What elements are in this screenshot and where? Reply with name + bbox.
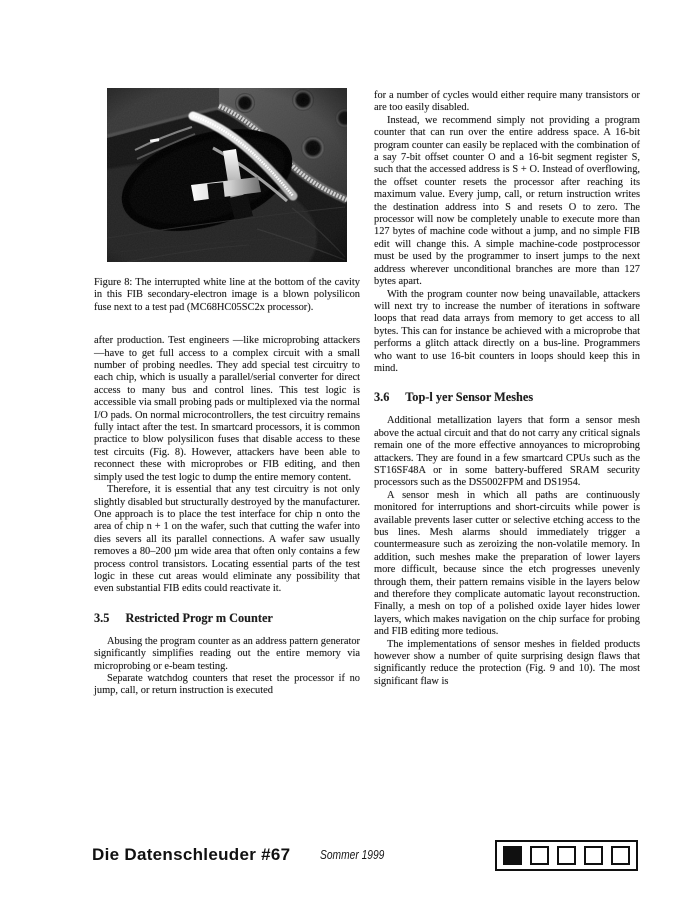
paragraph: A sensor mesh in which all paths are con…: [374, 490, 640, 639]
issue-date: Sommer 1999: [320, 848, 384, 862]
section-number: 3.6: [374, 390, 389, 404]
paragraph: With the program counter now being unava…: [374, 289, 640, 376]
scanned-paper-page: Figure 8: The interrupted white line at …: [0, 0, 700, 906]
journal-title: Die Datenschleuder #67: [92, 845, 290, 865]
page-indicator-box: [611, 846, 630, 865]
paragraph: Therefore, it is essential that any test…: [94, 484, 360, 596]
page-indicator-box: [584, 846, 603, 865]
left-column: Figure 8: The interrupted white line at …: [94, 88, 360, 698]
paragraph: Instead, we recommend simply not providi…: [374, 115, 640, 289]
section-title: Top-l yer Sensor Meshes: [405, 390, 533, 404]
two-column-body: Figure 8: The interrupted white line at …: [94, 88, 640, 698]
paragraph: The implementations of sensor meshes in …: [374, 639, 640, 689]
figure-8: [107, 88, 347, 262]
paragraph: Separate watchdog counters that reset th…: [94, 673, 360, 698]
page-indicator-box: [530, 846, 549, 865]
page-indicator: [495, 840, 638, 871]
figure-caption: Figure 8: The interrupted white line at …: [94, 277, 360, 314]
section-title: Restricted Progr m Counter: [125, 611, 272, 625]
paragraph: for a number of cycles would either requ…: [374, 90, 640, 115]
page-indicator-box: [557, 846, 576, 865]
paragraph: after production. Test engineers —like m…: [94, 335, 360, 484]
section-number: 3.5: [94, 611, 109, 625]
sem-micrograph-image: [107, 88, 347, 262]
section-heading-3-6: 3.6 Top-l yer Sensor Meshes: [374, 390, 640, 404]
page-indicator-box: [503, 846, 522, 865]
section-heading-3-5: 3.5 Restricted Progr m Counter: [94, 611, 360, 625]
paragraph: Additional metallization layers that for…: [374, 415, 640, 489]
right-column: for a number of cycles would either requ…: [374, 90, 640, 698]
paragraph: Abusing the program counter as an addres…: [94, 636, 360, 673]
page-footer: Die Datenschleuder #67 Sommer 1999: [92, 838, 638, 872]
